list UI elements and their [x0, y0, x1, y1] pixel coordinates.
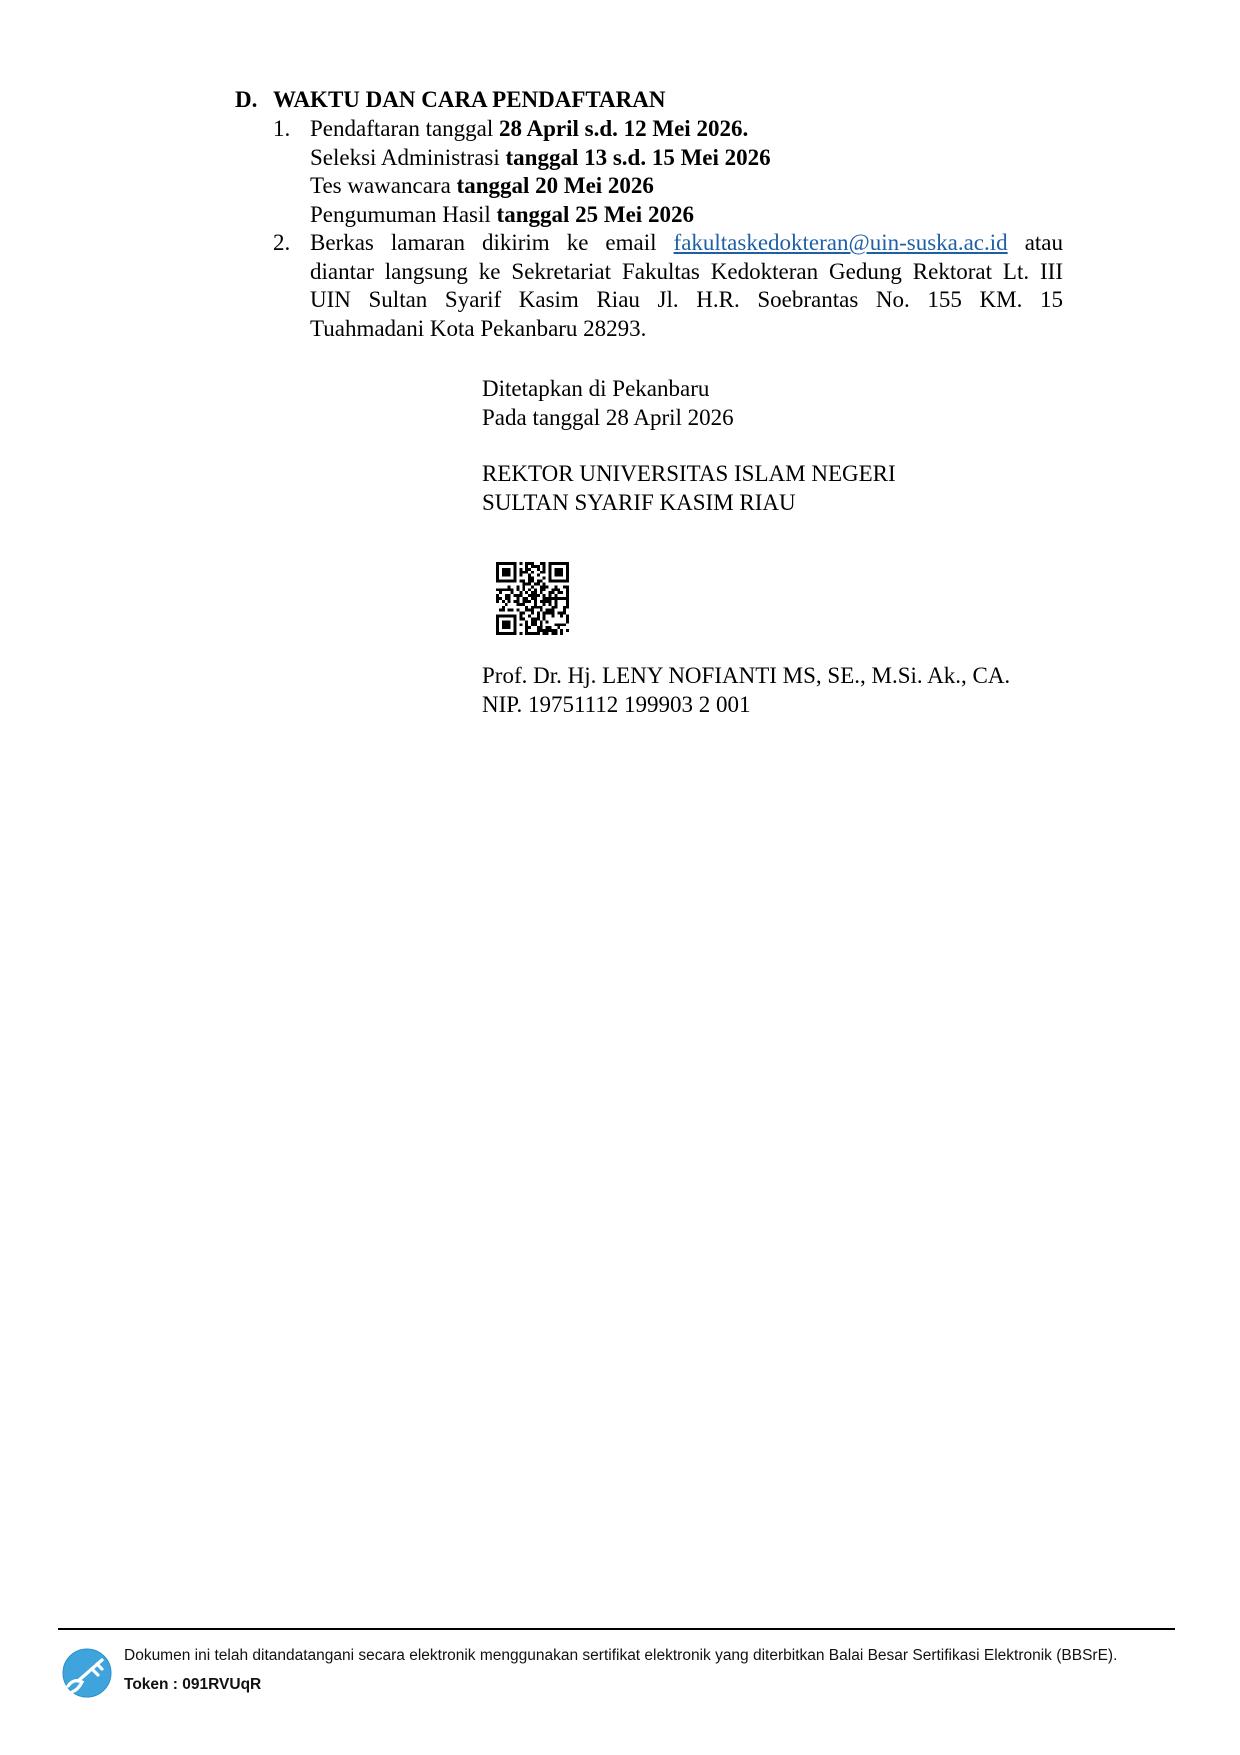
schedule-label: Pengumuman Hasil	[310, 202, 497, 227]
schedule-label: Tes wawancara	[310, 173, 457, 198]
submission-text: atau	[1008, 230, 1063, 255]
submission-line-1: Berkas lamaran dikirim ke email fakultas…	[310, 229, 1063, 258]
schedule-admin-selection: Seleksi Administrasi tanggal 13 s.d. 15 …	[310, 144, 1063, 173]
signature-place: Ditetapkan di Pekanbaru	[482, 375, 896, 404]
signature-block: Ditetapkan di Pekanbaru Pada tanggal 28 …	[482, 375, 896, 517]
schedule-date: tanggal 13 s.d. 15 Mei 2026	[506, 145, 771, 170]
section-heading: D.WAKTU DAN CARA PENDAFTARAN	[235, 86, 666, 115]
item-number: 1.	[273, 115, 290, 144]
signature-date: Pada tanggal 28 April 2026	[482, 404, 896, 433]
section-letter: D.	[235, 86, 273, 115]
schedule-announcement: Pengumuman Hasil tanggal 25 Mei 2026	[310, 201, 1063, 230]
esign-token: Token : 091RVUqR	[124, 1676, 261, 1694]
schedule-date: tanggal 25 Mei 2026	[497, 202, 694, 227]
schedule-label: Pendaftaran tanggal	[310, 116, 499, 141]
footer-divider	[58, 1628, 1175, 1630]
signer-block: Prof. Dr. Hj. LENY NOFIANTI MS, SE., M.S…	[482, 662, 1010, 719]
schedule-label: Seleksi Administrasi	[310, 145, 506, 170]
registration-list: 1. Pendaftaran tanggal 28 April s.d. 12 …	[273, 115, 1063, 343]
section-title: WAKTU DAN CARA PENDAFTARAN	[273, 87, 666, 112]
schedule-date: tanggal 20 Mei 2026	[457, 173, 654, 198]
signer-name: Prof. Dr. Hj. LENY NOFIANTI MS, SE., M.S…	[482, 662, 1010, 691]
document-page: D.WAKTU DAN CARA PENDAFTARAN 1. Pendafta…	[0, 0, 1240, 1755]
submission-text: Berkas lamaran dikirim ke email	[310, 230, 674, 255]
key-seal-icon	[62, 1648, 112, 1698]
list-item-submission: 2. Berkas lamaran dikirim ke email fakul…	[273, 229, 1063, 343]
submission-line-4: Tuahmadani Kota Pekanbaru 28293.	[310, 315, 1063, 344]
schedule-registration: Pendaftaran tanggal 28 April s.d. 12 Mei…	[310, 115, 1063, 144]
signatory-office-line-2: SULTAN SYARIF KASIM RIAU	[482, 489, 896, 518]
signatory-office-line-1: REKTOR UNIVERSITAS ISLAM NEGERI	[482, 460, 896, 489]
signer-nip: NIP. 19751112 199903 2 001	[482, 691, 1010, 720]
esign-statement: Dokumen ini telah ditandatangani secara …	[124, 1647, 1117, 1665]
schedule-date: 28 April s.d. 12 Mei 2026.	[499, 116, 748, 141]
submission-line-2: diantar langsung ke Sekretariat Fakultas…	[310, 258, 1063, 287]
list-item-schedule: 1. Pendaftaran tanggal 28 April s.d. 12 …	[273, 115, 1063, 229]
email-link[interactable]: fakultaskedokteran@uin-suska.ac.id	[674, 230, 1008, 255]
submission-line-3: UIN Sultan Syarif Kasim Riau Jl. H.R. So…	[310, 286, 1063, 315]
qr-code-icon	[496, 562, 569, 635]
schedule-interview: Tes wawancara tanggal 20 Mei 2026	[310, 172, 1063, 201]
item-number: 2.	[273, 229, 290, 258]
